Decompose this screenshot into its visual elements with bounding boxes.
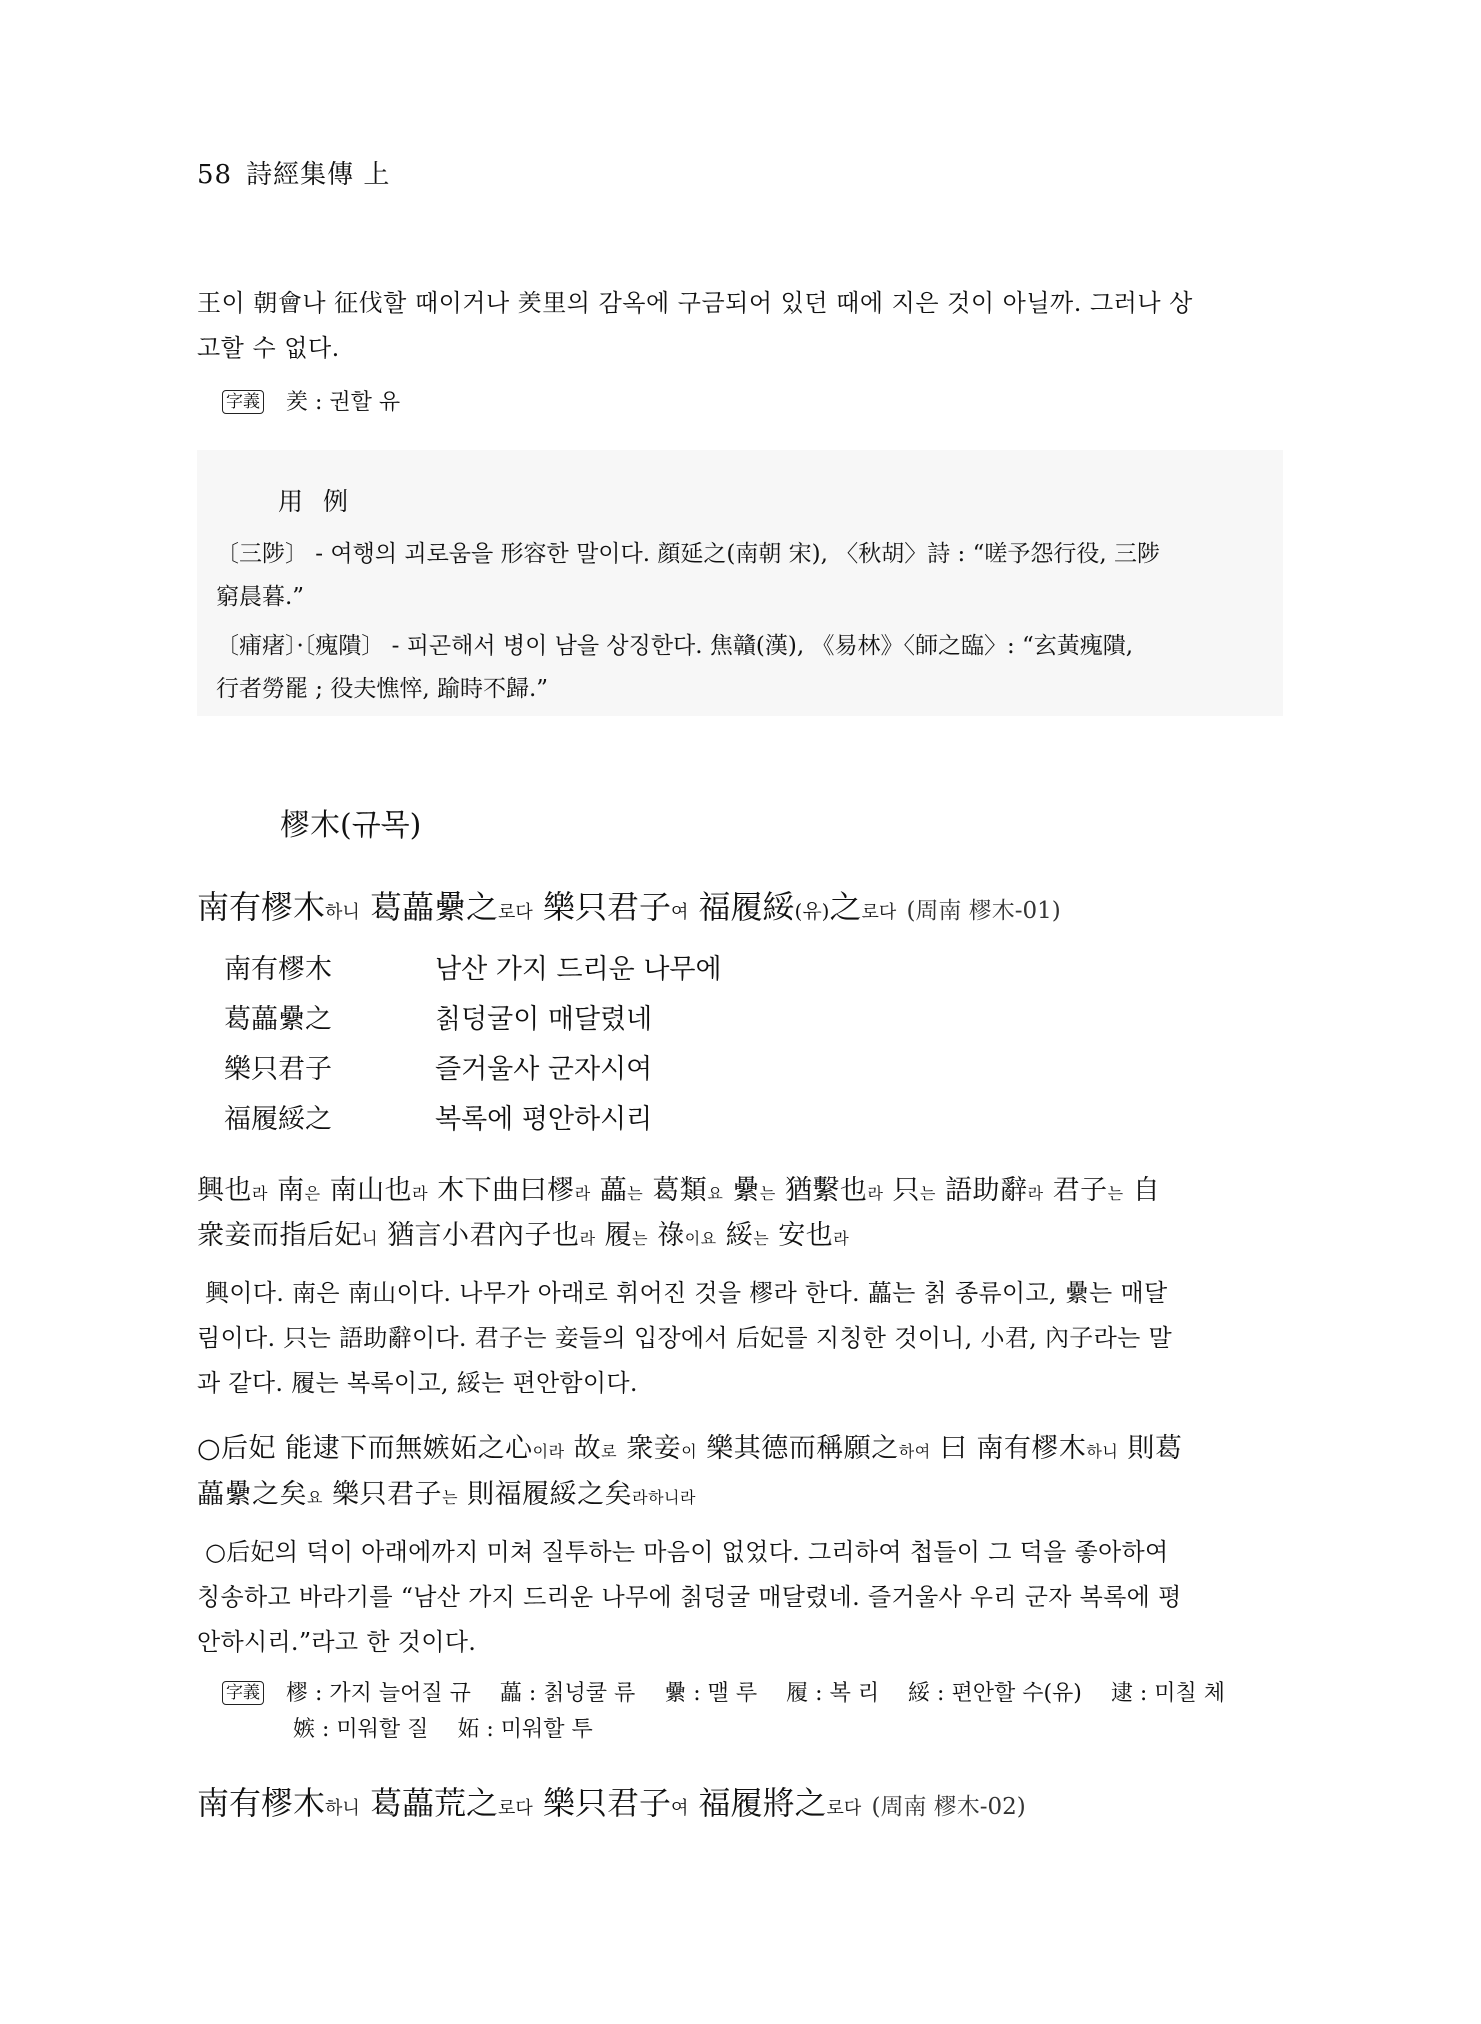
commentary-phrase: 樂只君子 [332, 1479, 442, 1510]
verse-1-suffix-4: 로다 [861, 902, 896, 923]
running-head: 58詩經集傳 上 [197, 154, 390, 191]
commentary-suffix: 이요 [685, 1229, 717, 1248]
commentary-phrase: 樂其德而稱願之 [706, 1433, 899, 1464]
translation-hanmun: 福履綏之 [224, 1097, 332, 1136]
verse-2-suffix-1: 하니 [325, 1798, 360, 1819]
korean-commentary-2-line-2: 칭송하고 바라기를 “남산 가지 드리운 나무에 칡덩굴 매달렸네. 즐거울사 … [197, 1577, 1182, 1612]
commentary-suffix: 은 [305, 1184, 321, 1203]
verse-1-phrase-4b: 之 [829, 888, 861, 926]
verse-1-phrase-3: 樂只君子 [543, 888, 671, 926]
commentary-phrase: 藟纍之矣 [197, 1479, 307, 1510]
commentary-phrase: 木下曲曰樛 [437, 1175, 575, 1206]
commentary-suffix: 라 [575, 1184, 591, 1203]
translation-row: 南有樛木 남산 가지 드리운 나무에 [224, 947, 824, 983]
commentary-suffix: 는 [920, 1184, 936, 1203]
commentary-suffix: 라 [1028, 1184, 1044, 1203]
commentary-suffix: 라 [580, 1229, 596, 1248]
verse-2-phrase-4: 福履將之 [699, 1784, 827, 1822]
commentary-phrase: 故 [574, 1433, 602, 1464]
intro-paragraph-line-1: 王이 朝會나 征伐할 때이거나 羑里의 감옥에 구금되어 있던 때에 지은 것이… [197, 283, 1193, 318]
verse-1-reference: (周南 樛木-01) [906, 898, 1060, 924]
verse-1-suffix-2: 로다 [498, 902, 533, 923]
commentary-phrase: 衆妾而指后妃 [197, 1220, 362, 1251]
commentary-phrase: 興也 [197, 1175, 252, 1206]
verse-1: 南有樛木하니 葛藟纍之로다 樂只君子여 福履綏(유)之로다 (周南 樛木-01) [197, 882, 1061, 928]
commentary-suffix: 라 [252, 1184, 268, 1203]
translation-row: 樂只君子 즐거울사 군자시여 [224, 1047, 824, 1083]
commentary-phrase: 猶言小君內子也 [387, 1220, 580, 1251]
gloss-entry-2-line-1: 字義樛 : 가지 늘어질 규 藟 : 칡넝쿨 류 纍 : 맬 루 履 : 복 리… [222, 1676, 1225, 1707]
commentary-phrase: 則葛 [1127, 1433, 1182, 1464]
korean-commentary-1-line-2: 림이다. 只는 語助辭이다. 君子는 妾들의 입장에서 后妃를 지칭한 것이니,… [197, 1318, 1172, 1353]
korean-commentary-1-line-1: 興이다. 南은 南山이다. 나무가 아래로 휘어진 것을 樛라 한다. 藟는 칡… [205, 1273, 1167, 1308]
commentary-2-line-2: 藟纍之矣요 樂只君子는 則福履綏之矣라하니라 [197, 1472, 696, 1511]
commentary-phrase: 自 [1133, 1175, 1161, 1206]
commentary-phrase: 南山也 [330, 1175, 413, 1206]
verse-1-suffix-3: 여 [671, 902, 688, 923]
commentary-suffix: 라 [833, 1229, 849, 1248]
commentary-phrase: 綏 [726, 1220, 754, 1251]
translation-hanmun: 南有樛木 [224, 947, 332, 986]
commentary-1-line-2: 衆妾而指后妃니 猶言小君內子也라 履는 祿이요 綏는 安也라 [197, 1213, 849, 1252]
commentary-phrase: 纍 [732, 1175, 760, 1206]
commentary-suffix: 는 [632, 1229, 648, 1248]
commentary-phrase: 語助辭 [945, 1175, 1028, 1206]
commentary-phrase: 只 [893, 1175, 921, 1206]
commentary-suffix: 하니 [1086, 1442, 1118, 1461]
verse-1-suffix-1: 하니 [325, 902, 360, 923]
gloss-entry: 字義羑 : 권할 유 [222, 385, 400, 416]
commentary-suffix: 라 [867, 1184, 883, 1203]
verse-2-phrase-2: 葛藟荒之 [370, 1784, 498, 1822]
commentary-suffix: 라하니라 [632, 1488, 696, 1507]
verse-1-phrase-2: 葛藟纍之 [370, 888, 498, 926]
commentary-suffix: 이라 [533, 1442, 565, 1461]
poem-title: 樛木(규목) [280, 800, 421, 844]
verse-2-reference: (周南 樛木-02) [871, 1794, 1025, 1820]
verse-1-phrase-4: 福履綏 [699, 888, 795, 926]
commentary-1-line-1: 興也라 南은 南山也라 木下曲曰樛라 藟는 葛類요 纍는 猶繫也라 只는 語助辭… [197, 1168, 1160, 1207]
verse-2-suffix-4: 로다 [827, 1798, 862, 1819]
commentary-suffix: 하여 [899, 1442, 931, 1461]
translation-row: 葛藟纍之 칡덩굴이 매달렸네 [224, 997, 824, 1033]
commentary-phrase: ○后妃 能逮下而無嫉妬之心 [197, 1433, 533, 1464]
commentary-phrase: 履 [605, 1220, 633, 1251]
translation-hanmun: 樂只君子 [224, 1047, 332, 1086]
commentary-suffix: 는 [627, 1184, 643, 1203]
commentary-suffix: 는 [753, 1229, 769, 1248]
book-title: 詩經集傳 上 [246, 160, 390, 190]
translation-korean: 즐거울사 군자시여 [435, 1047, 652, 1086]
commentary-2-line-1: ○后妃 能逮下而無嫉妬之心이라 故로 衆妾이 樂其德而稱願之하여 曰 南有樛木하… [197, 1426, 1182, 1465]
translation-korean: 남산 가지 드리운 나무에 [435, 947, 722, 986]
commentary-phrase: 君子 [1053, 1175, 1108, 1206]
verse-2-suffix-2: 로다 [498, 1798, 533, 1819]
korean-commentary-1-line-3: 과 같다. 履는 복록이고, 綏는 편안함이다. [197, 1363, 638, 1398]
commentary-suffix: 는 [1108, 1184, 1124, 1203]
korean-commentary-2-line-1: ○后妃의 덕이 아래에까지 미쳐 질투하는 마음이 없었다. 그리하여 첩들이 … [205, 1532, 1168, 1567]
commentary-phrase: 葛類 [652, 1175, 707, 1206]
commentary-suffix: 니 [362, 1229, 378, 1248]
commentary-suffix: 는 [442, 1488, 458, 1507]
translation-hanmun: 葛藟纍之 [224, 997, 332, 1036]
commentary-phrase: 曰 南有樛木 [940, 1433, 1087, 1464]
translation-row: 福履綏之 복록에 평안하시리 [224, 1097, 824, 1133]
gloss-entry-2-line-2: 嫉 : 미워할 질 妬 : 미워할 투 [293, 1712, 593, 1743]
commentary-phrase: 南 [277, 1175, 305, 1206]
gloss-tag-icon: 字義 [222, 390, 264, 414]
verse-2-phrase-3: 樂只君子 [543, 1784, 671, 1822]
commentary-phrase: 安也 [778, 1220, 833, 1251]
commentary-suffix: 요 [707, 1184, 723, 1203]
commentary-suffix: 는 [760, 1184, 776, 1203]
korean-commentary-2-line-3: 안하시리.”라고 한 것이다. [197, 1622, 476, 1657]
usage-line-4: 行者勞罷 ; 役夫憔悴, 踰時不歸.” [216, 670, 548, 703]
gloss-tag-icon: 字義 [222, 1681, 264, 1705]
page-number: 58 [197, 160, 232, 190]
commentary-suffix: 요 [307, 1488, 323, 1507]
commentary-phrase: 祿 [657, 1220, 685, 1251]
verse-1-phrase-1: 南有樛木 [197, 888, 325, 926]
usage-line-3: 〔痡瘏〕·〔瘣隤〕 - 피곤해서 병이 남을 상징한다. 焦贛(漢), 《易林》… [216, 627, 1133, 660]
verse-2-suffix-3: 여 [671, 1798, 688, 1819]
verse-1-reading: (유) [795, 899, 830, 923]
verse-2: 南有樛木하니 葛藟荒之로다 樂只君子여 福履將之로다 (周南 樛木-02) [197, 1778, 1026, 1824]
usage-box-title: 用 例 [278, 482, 354, 518]
commentary-suffix: 이 [681, 1442, 697, 1461]
commentary-phrase: 則福履綏之矣 [467, 1479, 632, 1510]
commentary-phrase: 衆妾 [626, 1433, 681, 1464]
translation-korean: 복록에 평안하시리 [435, 1097, 652, 1136]
commentary-phrase: 藟 [600, 1175, 628, 1206]
gloss-text: 樛 : 가지 늘어질 규 藟 : 칡넝쿨 류 纍 : 맬 루 履 : 복 리 綏… [286, 1681, 1225, 1706]
intro-paragraph-line-2: 고할 수 없다. [197, 328, 340, 363]
usage-line-2: 窮晨暮.” [216, 578, 304, 611]
gloss-text: 羑 : 권할 유 [286, 390, 400, 415]
translation-korean: 칡덩굴이 매달렸네 [435, 997, 652, 1036]
commentary-suffix: 로 [601, 1442, 617, 1461]
usage-line-1: 〔三陟〕 - 여행의 괴로움을 形容한 말이다. 顔延之(南朝 宋), 〈秋胡〉… [216, 535, 1160, 568]
commentary-phrase: 猶繫也 [785, 1175, 868, 1206]
verse-2-phrase-1: 南有樛木 [197, 1784, 325, 1822]
commentary-suffix: 라 [412, 1184, 428, 1203]
